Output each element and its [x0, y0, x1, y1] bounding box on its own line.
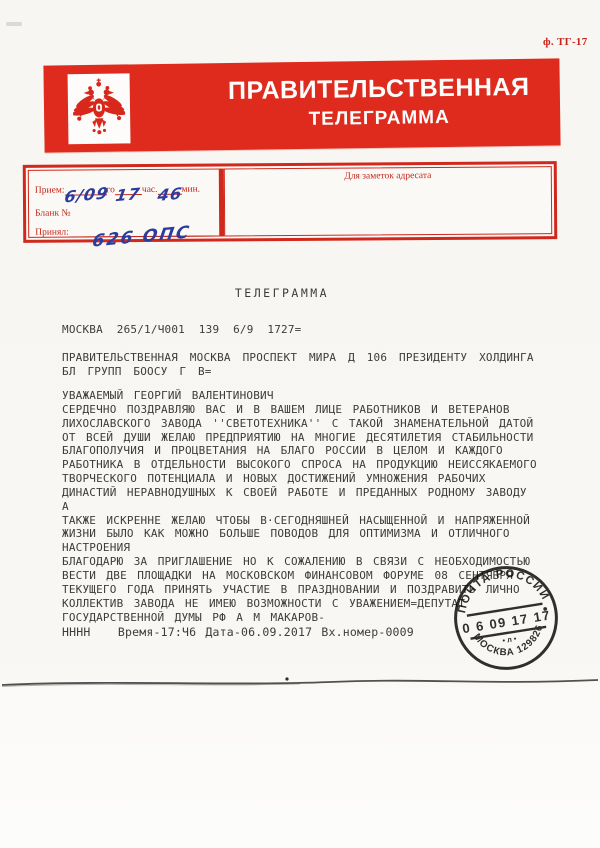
- hour-field: 17: [115, 182, 142, 195]
- minute-value: 46: [156, 184, 184, 205]
- banner-subtitle: ТЕЛЕГРАММА: [204, 104, 554, 133]
- double-headed-eagle-icon: [73, 77, 126, 140]
- stamp-top-text: ПОЧТА РОССИИ: [451, 561, 553, 616]
- telegram-body-line: БЛАГОПОЛУЧИЯ И ПРОЦВЕТАНИЯ НА БЛАГО РОСС…: [62, 444, 542, 458]
- hour-value: 17: [115, 184, 143, 205]
- paper-fold-line: [0, 676, 600, 690]
- stamp-center-mark: • л •: [502, 634, 518, 645]
- telegram-body-line: СЕРДЕЧНО ПОЗДРАВЛЯЮ ВАС И В ВАШЕМ ЛИЦЕ Р…: [62, 403, 542, 417]
- priem-date-field: 6/09: [64, 182, 106, 195]
- blank-number-label: Бланк №: [35, 209, 71, 219]
- svg-text:ПОЧТА РОССИИ: ПОЧТА РОССИИ: [451, 561, 553, 616]
- telegram-body-line: УВАЖАЕМЫЙ ГЕОРГИЙ ВАЛЕНТИНОВИЧ: [62, 389, 542, 403]
- prinyal-value: 626 ОПС: [91, 223, 192, 252]
- form-code-label: ф. ТГ-17: [543, 36, 588, 48]
- notes-label: Для заметок адресата: [225, 170, 551, 182]
- scan-smudge: [6, 22, 22, 26]
- postal-stamp: ПОЧТА РОССИИ 0 6 09 17 17 • л • МОСКВА 1…: [442, 554, 570, 682]
- reception-left-box: Прием: 6/09 го 17 час. 46 мин. Бланк № П…: [28, 168, 224, 237]
- priem-label: Прием:: [35, 186, 65, 196]
- telegram-body-line: ДИНАСТИЙ НЕРАВНОДУШНЫХ К СВОЕЙ РАБОТЕ И …: [62, 486, 542, 514]
- blank-number-row: Бланк №: [35, 208, 215, 219]
- priem-date-value: 6/09: [63, 183, 110, 206]
- reception-form: Прием: 6/09 го 17 час. 46 мин. Бланк № П…: [23, 161, 558, 243]
- hour-label: час.: [142, 185, 158, 195]
- prinyal-field: 626 ОПС: [69, 224, 216, 238]
- telegram-heading: ТЕЛЕГРАММА: [62, 286, 502, 300]
- banner-title: ПРАВИТЕЛЬСТВЕННАЯ: [204, 71, 554, 106]
- prinyal-row: Принял: 626 ОПС: [35, 224, 215, 238]
- priem-row: Прием: 6/09 го 17 час. 46 мин.: [35, 182, 215, 196]
- telegram-body-line: ЖИЗНИ БЫЛО КАК МОЖНО БОЛЬШЕ ПОВОДОВ ДЛЯ …: [62, 527, 542, 541]
- telegram-body-line: РАБОТНИКА В ОТДЕЛЬНОСТИ ВЫСОКОГО СПРОСА …: [62, 458, 542, 472]
- notes-box: Для заметок адресата: [224, 166, 552, 236]
- telegram-body-line: ТВОРЧЕСКОГО ПОТЕНЦИАЛА И НОВЫХ ДОСТИЖЕНИ…: [62, 472, 542, 486]
- telegram-body-line: ОТ ВСЕЙ ДУШИ ЖЕЛАЮ ПРЕДПРИЯТИЮ НА МНОГИЕ…: [62, 431, 542, 445]
- address-line: БЛ ГРУПП БООСУ Г В=: [62, 365, 540, 379]
- prinyal-label: Принял:: [35, 228, 69, 238]
- address-line: ПРАВИТЕЛЬСТВЕННАЯ МОСКВА ПРОСПЕКТ МИРА Д…: [62, 351, 540, 365]
- minute-field: 46: [157, 182, 181, 195]
- telegram-body-line: ЛИХОСЛАВСКОГО ЗАВОДА ''СВЕТОТЕХНИКА'' С …: [62, 417, 542, 431]
- telegram-body-line: НАСТРОЕНИЯ: [62, 541, 542, 555]
- minute-label: мин.: [181, 185, 200, 195]
- address-block: ПРАВИТЕЛЬСТВЕННАЯ МОСКВА ПРОСПЕКТ МИРА Д…: [62, 351, 540, 378]
- telegram-body-line: ТАКЖЕ ИСКРЕННЕ ЖЕЛАЮ ЧТОБЫ В·СЕГОДНЯШНЕЙ…: [62, 514, 542, 528]
- government-banner: ПРАВИТЕЛЬСТВЕННАЯ ТЕЛЕГРАММА: [43, 58, 560, 152]
- banner-titles: ПРАВИТЕЛЬСТВЕННАЯ ТЕЛЕГРАММА: [204, 71, 555, 133]
- service-line: МОСКВА 265/1/Ч001 139 6/9 1727=: [62, 323, 302, 336]
- telegram-scan-page: ф. ТГ-17: [0, 0, 600, 848]
- coat-of-arms-box: [68, 73, 131, 144]
- footer-line: НННН Время-17:Ч6 Дата-06.09.2017 Вх.номе…: [62, 625, 414, 639]
